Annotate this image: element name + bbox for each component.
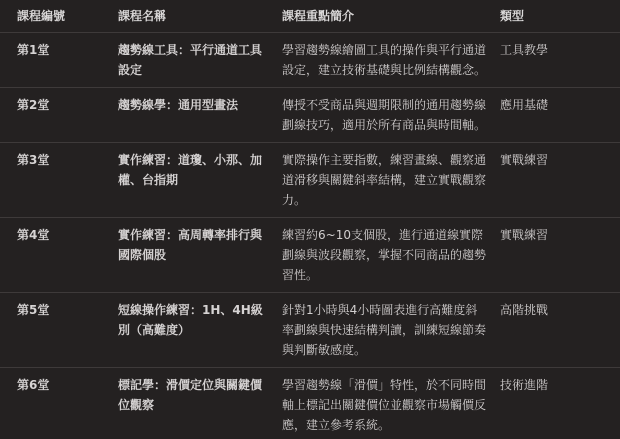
course-summary: 傳授不受商品與週期限制的通用趨勢線劃線技巧，適用於所有商品與時間軸。 <box>282 88 500 143</box>
course-name: 實作練習：道瓊、小那、加權、台指期 <box>118 143 282 218</box>
course-summary: 學習趨勢線「滑價」特性，於不同時間軸上標記出關鍵價位並觀察市場觸價反應，建立參考… <box>282 368 500 439</box>
course-row-5: 第5堂 短線操作練習：1H、4H級別（高難度） 針對1小時與4小時圖表進行高難度… <box>0 293 620 368</box>
course-summary: 針對1小時與4小時圖表進行高難度斜率劃線與快速結構判讀，訓練短線節奏與判斷敏感度… <box>282 293 500 368</box>
course-table-header: 課程編號 課程名稱 課程重點簡介 類型 <box>0 0 620 33</box>
course-number: 第2堂 <box>0 88 118 143</box>
course-number: 第4堂 <box>0 218 118 293</box>
course-number: 第3堂 <box>0 143 118 218</box>
course-name: 標記學：滑價定位與關鍵價位觀察 <box>118 368 282 439</box>
column-header-course-summary: 課程重點簡介 <box>282 0 500 33</box>
column-header-course-type: 類型 <box>500 0 620 33</box>
course-table: 課程編號 課程名稱 課程重點簡介 類型 第1堂 趨勢線工具：平行通道工具設定 學… <box>0 0 620 439</box>
course-row-6: 第6堂 標記學：滑價定位與關鍵價位觀察 學習趨勢線「滑價」特性，於不同時間軸上標… <box>0 368 620 439</box>
course-number: 第1堂 <box>0 33 118 88</box>
course-name: 實作練習：高周轉率排行與國際個股 <box>118 218 282 293</box>
course-number: 第5堂 <box>0 293 118 368</box>
header-row: 課程編號 課程名稱 課程重點簡介 類型 <box>0 0 620 33</box>
course-summary: 學習趨勢線繪圖工具的操作與平行通道設定，建立技術基礎與比例結構觀念。 <box>282 33 500 88</box>
course-type: 工具教學 <box>500 33 620 88</box>
course-row-3: 第3堂 實作練習：道瓊、小那、加權、台指期 實際操作主要指數，練習畫線、觀察通道… <box>0 143 620 218</box>
course-number: 第6堂 <box>0 368 118 439</box>
course-name: 短線操作練習：1H、4H級別（高難度） <box>118 293 282 368</box>
course-type: 實戰練習 <box>500 143 620 218</box>
course-type: 高階挑戰 <box>500 293 620 368</box>
course-name: 趨勢線工具：平行通道工具設定 <box>118 33 282 88</box>
course-type: 應用基礎 <box>500 88 620 143</box>
column-header-course-number: 課程編號 <box>0 0 118 33</box>
course-table-page: 課程編號 課程名稱 課程重點簡介 類型 第1堂 趨勢線工具：平行通道工具設定 學… <box>0 0 620 439</box>
course-summary: 練習約6~10支個股，進行通道線實際劃線與波段觀察，掌握不同商品的趨勢習性。 <box>282 218 500 293</box>
course-summary: 實際操作主要指數，練習畫線、觀察通道滑移與關鍵斜率結構，建立實戰觀察力。 <box>282 143 500 218</box>
course-row-4: 第4堂 實作練習：高周轉率排行與國際個股 練習約6~10支個股，進行通道線實際劃… <box>0 218 620 293</box>
course-name: 趨勢線學：通用型畫法 <box>118 88 282 143</box>
course-type: 實戰練習 <box>500 218 620 293</box>
course-row-1: 第1堂 趨勢線工具：平行通道工具設定 學習趨勢線繪圖工具的操作與平行通道設定，建… <box>0 33 620 88</box>
column-header-course-name: 課程名稱 <box>118 0 282 33</box>
course-table-body: 第1堂 趨勢線工具：平行通道工具設定 學習趨勢線繪圖工具的操作與平行通道設定，建… <box>0 33 620 439</box>
course-type: 技術進階 <box>500 368 620 439</box>
course-row-2: 第2堂 趨勢線學：通用型畫法 傳授不受商品與週期限制的通用趨勢線劃線技巧，適用於… <box>0 88 620 143</box>
